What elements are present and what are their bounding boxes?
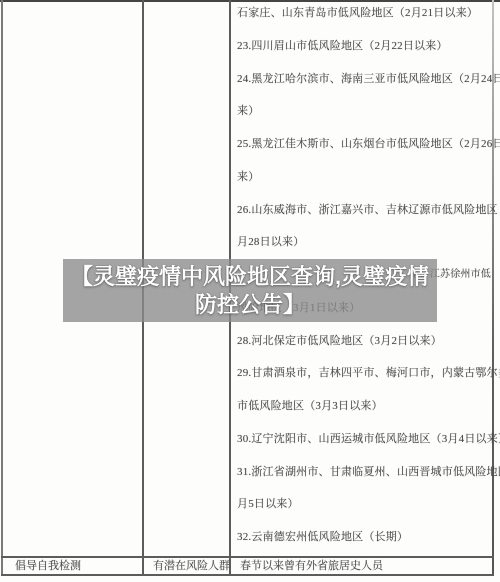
risk-line: 26.山东威海市、浙江嘉兴市、吉林辽源市低风险地区（2: [237, 194, 493, 227]
risk-line: 来）: [237, 95, 493, 128]
watermark-line1: 【灵璧疫情中风险地区查询,灵璧疫情: [71, 263, 429, 291]
risk-line: 29.甘肃酒泉市，吉林四平市、梅河口市，内蒙古鄂尔多斯: [237, 357, 493, 390]
risk-line: 23.四川眉山市低风险地区（2月22日以来）: [237, 30, 493, 63]
risk-line: 月28日以来）: [237, 226, 493, 259]
risk-line: 24.黑龙江哈尔滨市、海南三亚市低风险地区（2月24日以: [237, 63, 493, 96]
risk-line: 石家庄、山东青岛市低风险地区（2月21日以来）: [237, 0, 493, 30]
table-border-left: [1, 0, 3, 575]
watermark-overlay: 【灵璧疫情中风险地区查询,灵璧疫情 防控公告】: [63, 259, 437, 322]
bottom-row-cell-risk-group: 有潜在风险人群: [153, 558, 230, 575]
risk-line: 月5日以来）: [237, 488, 493, 521]
risk-line: 来）: [237, 161, 493, 194]
risk-line: 32.云南德宏州低风险地区（长期）: [237, 521, 493, 554]
risk-line: 31.浙江省湖州市、甘肃临夏州、山西晋城市低风险地区（3: [237, 456, 493, 489]
bottom-row-cell-guidance: 倡导自我检测: [15, 558, 81, 575]
risk-line: 市低风险地区（3月3日以来）: [237, 390, 493, 423]
watermark-line2: 防控公告】: [195, 291, 305, 319]
risk-line: 30.辽宁沈阳市、山西运城市低风险地区（3月4日以来）: [237, 423, 493, 456]
risk-line: 28.河北保定市低风险地区（3月2日以来）: [237, 325, 493, 358]
risk-line: 25.黑龙江佳木斯市、山东烟台市低风险地区（2月26日以: [237, 128, 493, 161]
scanned-risk-area-table: 石家庄、山东青岛市低风险地区（2月21日以来）23.四川眉山市低风险地区（2月2…: [0, 0, 500, 582]
bottom-row-cell-description: 春节以来曾有外省旅居史人员: [240, 558, 383, 575]
